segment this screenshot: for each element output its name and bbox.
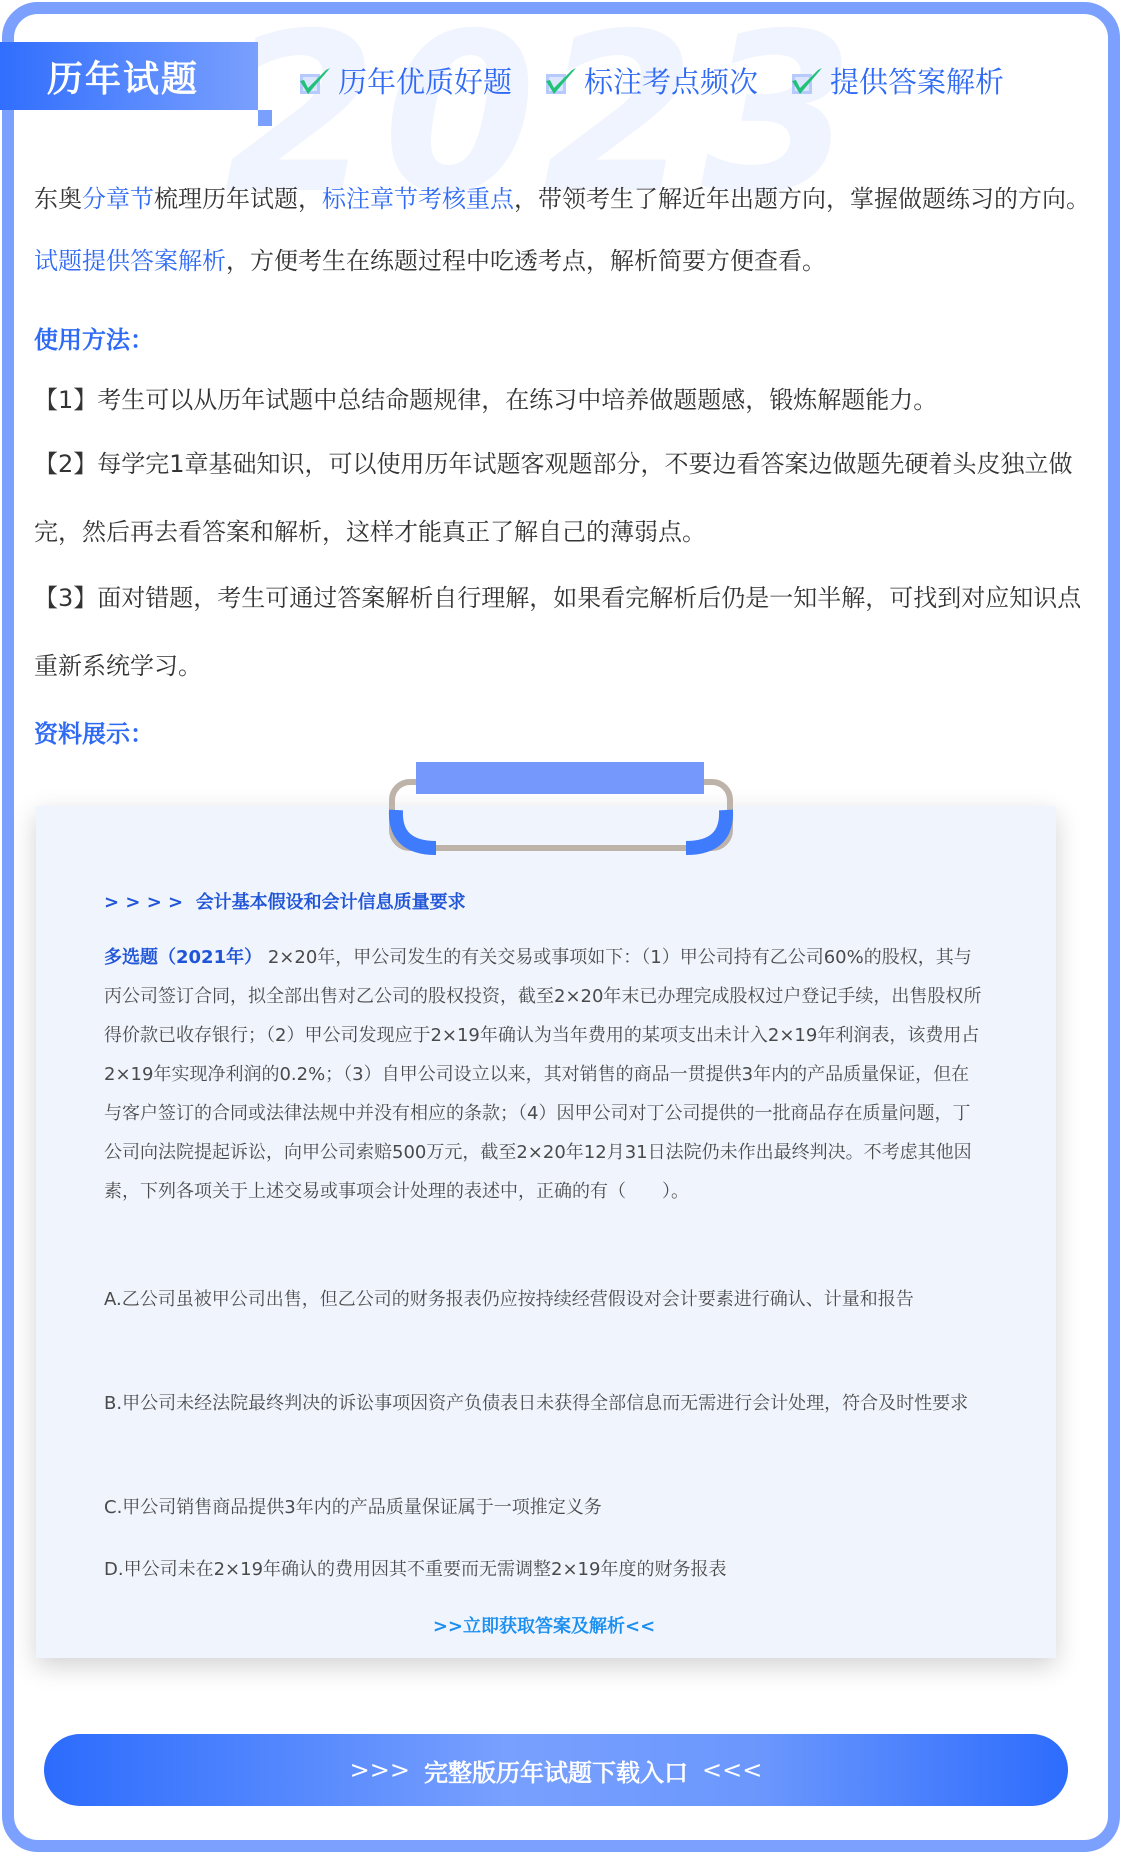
feature-label: 历年优质好题 — [338, 60, 512, 101]
usage-step-3: 【3】面对错题，考生可通过答案解析自行理解，如果看完解析后仍是一知半解，可找到对… — [34, 564, 1094, 700]
get-answer-link[interactable]: >>立即获取答案及解析<< — [104, 1612, 984, 1638]
intro-text: ，方便考生在练题过程中吃透考点，解析简要方便查看。 — [226, 247, 826, 275]
feature-list: 历年优质好题 标注考点频次 提供答案解析 — [296, 60, 1004, 101]
chapter-title: 会计基本假设和会计信息质量要求 — [196, 892, 466, 913]
download-label: 完整版历年试题下载入口 — [424, 1753, 688, 1788]
intro-highlight: 试题提供答案解析 — [34, 247, 226, 275]
usage-step-1: 【1】考生可以从历年试题中总结命题规律，在练习中培养做题题感，锻炼解题能力。 — [34, 366, 1094, 434]
showcase-title: 资料展示： — [34, 714, 154, 749]
intro-paragraph: 东奥分章节梳理历年试题，标注章节考核重点，带领考生了解近年出题方向，掌握做题练习… — [34, 168, 1094, 292]
intro-text: 梳理历年试题， — [154, 185, 322, 213]
check-icon — [296, 64, 332, 98]
option-b: B.甲公司未经法院最终判决的诉讼事项因资产负债表日未获得全部信息而无需进行会计处… — [104, 1384, 984, 1423]
download-full-button[interactable]: >>> 完整版历年试题下载入口 <<< — [44, 1734, 1068, 1806]
option-d: D.甲公司未在2×19年确认的费用因其不重要而无需调整2×19年度的财务报表 — [104, 1550, 984, 1589]
question-type-tag: 多选题（2021年） — [104, 947, 262, 968]
binder-clip-icon — [386, 760, 736, 856]
feature-label: 提供答案解析 — [830, 60, 1004, 101]
question-text: 多选题（2021年） 2×20年，甲公司发生的有关交易或事项如下：（1）甲公司持… — [104, 938, 984, 1211]
chevrons-icon: > > > > — [104, 892, 183, 913]
intro-highlight: 标注章节考核重点 — [322, 185, 514, 213]
question-body: 2×20年，甲公司发生的有关交易或事项如下：（1）甲公司持有乙公司60%的股权，… — [104, 947, 981, 1202]
feature-item: 标注考点频次 — [542, 60, 758, 101]
arrow-right-icon: >>> — [350, 1756, 410, 1784]
usage-title: 使用方法： — [34, 320, 154, 355]
check-icon — [542, 64, 578, 98]
feature-label: 标注考点频次 — [584, 60, 758, 101]
feature-item: 提供答案解析 — [788, 60, 1004, 101]
option-c: C.甲公司销售商品提供3年内的产品质量保证属于一项推定义务 — [104, 1488, 984, 1527]
decorative-square — [258, 110, 272, 126]
feature-item: 历年优质好题 — [296, 60, 512, 101]
card-heading: > > > > 会计基本假设和会计信息质量要求 — [104, 888, 466, 914]
check-icon — [788, 64, 824, 98]
intro-highlight: 分章节 — [82, 185, 154, 213]
arrow-left-icon: <<< — [702, 1756, 762, 1784]
intro-text: ，带领考生了解近年出题方向，掌握做题练习的方向。 — [514, 185, 1090, 213]
usage-step-2: 【2】每学完1章基础知识，可以使用历年试题客观题部分，不要边看答案边做题先硬着头… — [34, 430, 1094, 566]
page-title: 历年试题 — [0, 42, 258, 110]
sample-question-card: > > > > 会计基本假设和会计信息质量要求 多选题（2021年） 2×20年… — [36, 806, 1056, 1658]
option-a: A.乙公司虽被甲公司出售，但乙公司的财务报表仍应按持续经营假设对会计要素进行确认… — [104, 1280, 984, 1319]
intro-text: 东奥 — [34, 185, 82, 213]
